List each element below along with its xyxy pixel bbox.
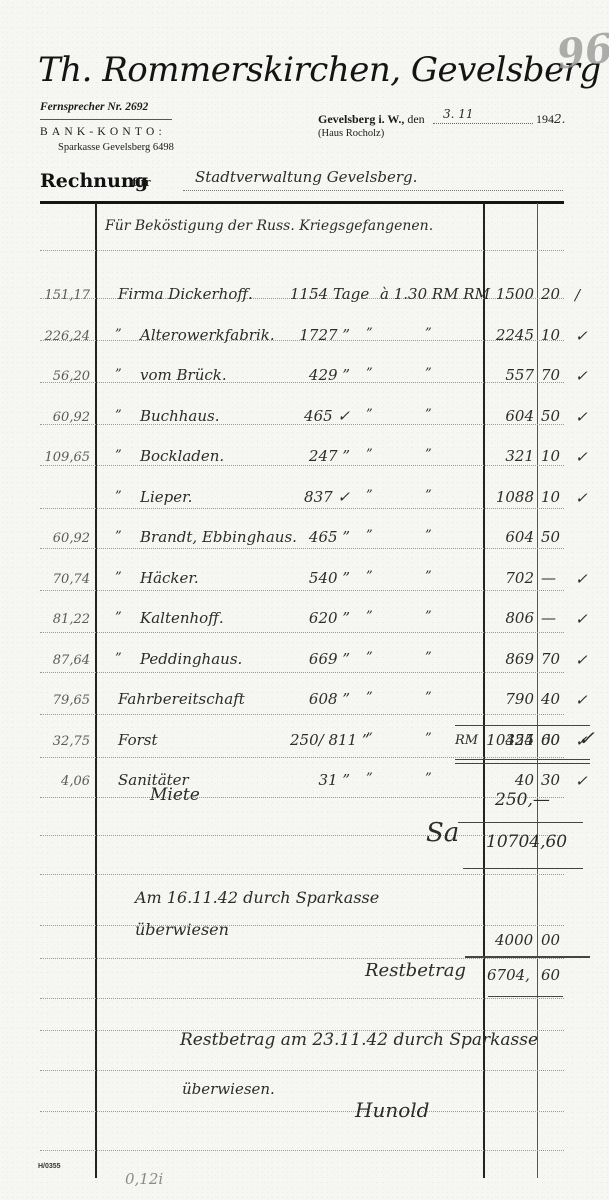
ditto-mark: ”: [425, 366, 432, 381]
item-description: Forst: [118, 731, 158, 749]
sum-rule: [465, 956, 590, 958]
invoice-for-label: für: [132, 176, 151, 189]
item-quantity: 608 ”: [290, 690, 350, 708]
item-amount: 790: [486, 690, 534, 708]
ditto-mark: ”: [366, 407, 373, 422]
ditto-mark: ”: [425, 326, 432, 341]
item-description: Lieper.: [140, 488, 192, 506]
item-quantity: 247 ”: [290, 447, 350, 465]
ruled-line: [40, 250, 564, 251]
item-quantity: 669 ”: [290, 650, 350, 668]
check-mark: ✓: [578, 726, 595, 750]
margin-note: 81,22: [28, 612, 90, 627]
double-rule: [455, 759, 590, 760]
ditto-mark: ”: [425, 650, 432, 665]
subtotal-amount: 10454: [486, 731, 534, 749]
check-mark: ✓: [575, 408, 588, 426]
payment-note-line2: überwiesen: [135, 920, 229, 939]
check-mark: ✓: [575, 367, 588, 385]
item-quantity: 465 ”: [290, 528, 350, 546]
item-quantity: 1727 ”: [290, 326, 350, 344]
item-description: Peddinghaus.: [140, 650, 242, 668]
year-prefix: 194: [536, 112, 554, 126]
ditto-mark: ”: [366, 731, 373, 746]
item-rate: à 1.30 RM RM: [380, 285, 490, 303]
rent-amount: 250,—: [495, 790, 550, 810]
item-quantity: 540 ”: [290, 569, 350, 587]
place-sub: (Haus Rocholz): [318, 128, 384, 139]
item-amount: 1500: [486, 285, 534, 303]
subtotal-cents: 60: [541, 731, 560, 749]
sum-rule: [488, 996, 563, 997]
ruled-line: [40, 958, 564, 959]
table-row: 60,92 ” Buchhaus. 465 ✓ ” ” 604 50 ✓: [0, 398, 609, 438]
item-cents: 50: [541, 528, 565, 546]
phone-number: Fernsprecher Nr. 2692: [40, 101, 148, 113]
ruled-line: [40, 874, 564, 875]
year: 1942.: [536, 112, 565, 127]
total-label: Sa: [426, 818, 459, 848]
ditto-mark: ”: [366, 609, 373, 624]
den-label: den: [407, 112, 424, 126]
table-row: 87,64 ” Peddinghaus. 669 ” ” ” 869 70 ✓: [0, 641, 609, 681]
ditto-mark: ”: [425, 488, 432, 503]
ruled-line: [40, 1111, 564, 1112]
year-suffix: 2.: [554, 112, 565, 126]
ditto-mark: ”: [366, 366, 373, 381]
payment-note-line1: Am 16.11.42 durch Sparkasse: [135, 888, 379, 907]
item-cents: 20: [541, 285, 565, 303]
check-mark: ✓: [575, 489, 588, 507]
margin-note: 151,17: [28, 288, 90, 303]
bank-label: BANK-KONTO:: [40, 126, 166, 138]
item-quantity: 620 ”: [290, 609, 350, 627]
table-row: ” Lieper. 837 ✓ ” ” 1088 10 ✓: [0, 479, 609, 519]
ditto-mark: ”: [366, 771, 373, 786]
ditto-mark: ”: [425, 569, 432, 584]
ditto-mark: ”: [115, 327, 122, 342]
check-mark: ✓: [575, 772, 588, 790]
ditto-mark: ”: [115, 529, 122, 544]
remaining-label: Restbetrag: [365, 960, 466, 981]
ditto-mark: ”: [115, 651, 122, 666]
remaining-cents: 60: [541, 966, 560, 984]
item-cents: 30: [541, 771, 565, 789]
item-amount: 557: [486, 366, 534, 384]
table-top-rule: [40, 201, 564, 204]
invoice-subject: Für Beköstigung der Russ. Kriegsgefangen…: [105, 218, 433, 234]
item-cents: 40: [541, 690, 565, 708]
margin-note: 60,92: [28, 410, 90, 425]
ditto-mark: ”: [366, 528, 373, 543]
ditto-mark: ”: [425, 447, 432, 462]
print-code: H/0355: [38, 1163, 61, 1170]
ditto-mark: ”: [366, 326, 373, 341]
sum-rule: [463, 868, 583, 869]
item-cents: 10: [541, 326, 565, 344]
margin-note: 87,64: [28, 653, 90, 668]
margin-note: 226,24: [28, 329, 90, 344]
item-description: vom Brück.: [140, 366, 227, 384]
company-name: Th. Rommerskirchen, Gevelsberg i. Westf.: [38, 50, 609, 90]
item-amount: 604: [486, 407, 534, 425]
ditto-mark: ”: [425, 407, 432, 422]
signature: Hunold: [355, 1098, 429, 1122]
margin-note: 79,65: [28, 693, 90, 708]
item-amount: 2245: [486, 326, 534, 344]
margin-note: 109,65: [28, 450, 90, 465]
item-amount: 702: [486, 569, 534, 587]
check-mark: ✓: [575, 327, 588, 345]
ditto-mark: ”: [115, 448, 122, 463]
archive-mark: 96: [554, 24, 609, 78]
ditto-mark: ”: [425, 690, 432, 705]
ditto-mark: ”: [115, 408, 122, 423]
place-name: Gevelsberg i. W.,: [318, 112, 404, 126]
item-description: Bockladen.: [140, 447, 224, 465]
sum-rule: [458, 822, 583, 823]
check-mark: ✓: [575, 651, 588, 669]
item-description: Kaltenhoff.: [140, 609, 224, 627]
check-mark: ✓: [575, 570, 588, 588]
item-description: Firma Dickerhoff.: [118, 285, 253, 303]
table-row: 79,65 Fahrbereitschaft 608 ” ” ” 790 40 …: [0, 681, 609, 721]
item-amount: 604: [486, 528, 534, 546]
table-row: 56,20 ” vom Brück. 429 ” ” ” 557 70 ✓: [0, 357, 609, 397]
recipient-line: [183, 190, 563, 191]
date-field-line: [433, 123, 533, 124]
sum-rule: [455, 725, 590, 726]
check-mark: ✓: [575, 448, 588, 466]
margin-note: 32,75: [28, 734, 90, 749]
table-row: 70,74 ” Häcker. 540 ” ” ” 702 — ✓: [0, 560, 609, 600]
remark-line2: überwiesen.: [182, 1080, 275, 1098]
ditto-mark: ”: [115, 367, 122, 382]
ditto-mark: ”: [425, 609, 432, 624]
ruled-line: [40, 1070, 564, 1071]
place-line: Gevelsberg i. W., den: [318, 112, 425, 127]
ditto-mark: ”: [115, 570, 122, 585]
item-description: Buchhaus.: [140, 407, 219, 425]
ditto-mark: ”: [425, 731, 432, 746]
check-mark: /: [575, 286, 580, 304]
bank-account: Sparkasse Gevelsberg 6498: [58, 142, 174, 153]
item-cents: 10: [541, 447, 565, 465]
remark-line1: Restbetrag am 23.11.42 durch Sparkasse: [180, 1030, 538, 1050]
remaining-amount: 6704,: [487, 966, 530, 984]
item-cents: 10: [541, 488, 565, 506]
margin-note: 60,92: [28, 531, 90, 546]
subtotal-label: RM: [455, 733, 478, 748]
item-quantity: 429 ”: [290, 366, 350, 384]
double-rule: [455, 763, 590, 764]
ruled-line: [40, 1150, 564, 1151]
table-row: 151,17 Firma Dickerhoff. 1154 Tage à 1.3…: [0, 276, 609, 316]
margin-note: 56,20: [28, 369, 90, 384]
ditto-mark: ”: [366, 488, 373, 503]
table-row: 226,24 ” Alterowerkfabrik. 1727 ” ” ” 22…: [0, 317, 609, 357]
item-quantity: 465 ✓: [290, 407, 350, 425]
item-description: Häcker.: [140, 569, 199, 587]
item-cents: 50: [541, 407, 565, 425]
item-description: Alterowerkfabrik.: [140, 326, 275, 344]
ditto-mark: ”: [366, 447, 373, 462]
margin-note: 70,74: [28, 572, 90, 587]
ditto-mark: ”: [425, 528, 432, 543]
item-description: Fahrbereitschaft: [118, 690, 245, 708]
payment-amount: 4000: [495, 931, 533, 949]
item-quantity: 1154 Tage: [290, 285, 350, 303]
item-quantity: 837 ✓: [290, 488, 350, 506]
ditto-mark: ”: [425, 771, 432, 786]
item-quantity: 250/ 811 ”: [290, 731, 350, 749]
rent-label: Miete: [150, 785, 200, 805]
item-amount: 1088: [486, 488, 534, 506]
ditto-mark: ”: [366, 569, 373, 584]
pencil-note: 0,12i: [125, 1170, 163, 1188]
table-row: 60,92 ” Brandt, Ebbinghaus. 465 ” ” ” 60…: [0, 519, 609, 559]
item-description: Brandt, Ebbinghaus.: [140, 528, 297, 546]
date-value: 3. 11: [443, 107, 474, 121]
item-amount: 806: [486, 609, 534, 627]
ruled-line: [40, 998, 564, 999]
ditto-mark: ”: [115, 610, 122, 625]
item-amount: 869: [486, 650, 534, 668]
item-cents: 70: [541, 366, 565, 384]
ditto-mark: ”: [366, 650, 373, 665]
table-row: 109,65 ” Bockladen. 247 ” ” ” 321 10 ✓: [0, 438, 609, 478]
item-amount: 321: [486, 447, 534, 465]
payment-cents: 00: [541, 931, 560, 949]
item-cents: —: [541, 609, 565, 627]
item-amount: 40: [486, 771, 534, 789]
divider: [40, 119, 172, 120]
total-amount: 10704,60: [486, 832, 567, 852]
recipient: Stadtverwaltung Gevelsberg.: [195, 168, 417, 186]
margin-note: 4,06: [28, 774, 90, 789]
table-row: 81,22 ” Kaltenhoff. 620 ” ” ” 806 — ✓: [0, 600, 609, 640]
item-cents: —: [541, 569, 565, 587]
item-quantity: 31 ”: [290, 771, 350, 789]
item-cents: 70: [541, 650, 565, 668]
ditto-mark: ”: [115, 489, 122, 504]
ditto-mark: ”: [366, 690, 373, 705]
check-mark: ✓: [575, 610, 588, 628]
ruled-line: [40, 925, 564, 926]
check-mark: ✓: [575, 691, 588, 709]
